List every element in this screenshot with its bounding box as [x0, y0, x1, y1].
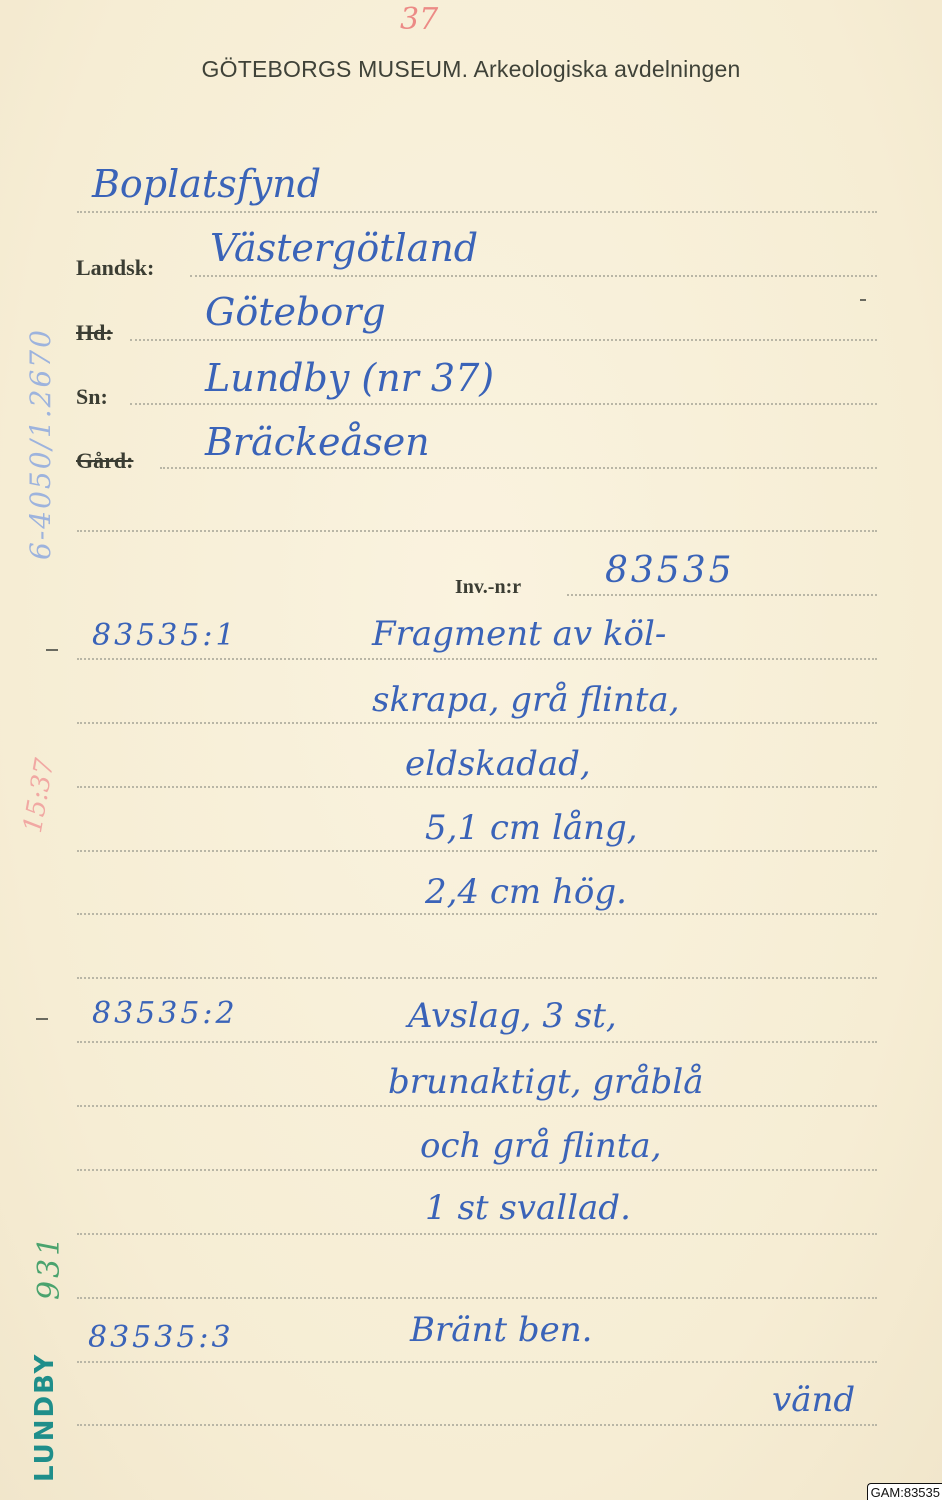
ruled-line: [77, 1361, 877, 1363]
ruled-line: [77, 786, 877, 788]
item-1-line-3: eldskadad,: [405, 744, 591, 784]
catalog-card: 37 GÖTEBORGS MUSEUM. Arkeologiska avdeln…: [0, 0, 942, 1500]
item-2-line-4: 1 st svallad.: [425, 1188, 631, 1228]
ruled-line: [190, 275, 877, 277]
ruled-line: [77, 1297, 877, 1299]
field-value-landskap: Västergötland: [210, 226, 478, 270]
item-2-number: 83535:2: [92, 996, 238, 1031]
field-value-harad: Göteborg: [205, 290, 386, 334]
field-label-socken: Sn:: [76, 384, 108, 410]
turn-over-note: vänd: [772, 1380, 855, 1420]
margin-note-green: 931: [32, 1234, 67, 1300]
item-1-line-4: 5,1 cm lång,: [425, 808, 638, 848]
margin-tick: [36, 1018, 48, 1020]
ruled-line: [567, 594, 877, 596]
ruled-line: [77, 1233, 877, 1235]
inventory-label: Inv.-n:r: [455, 576, 521, 599]
item-1-number: 83535:1: [92, 618, 238, 653]
field-label-harad: Hd:: [76, 320, 113, 346]
margin-note-blue: 6-4050/1.2670: [24, 328, 57, 560]
top-red-number: 37: [400, 2, 438, 37]
ruled-line: [77, 1041, 877, 1043]
ruled-line: [77, 850, 877, 852]
ruled-line: [77, 1105, 877, 1107]
card-header: GÖTEBORGS MUSEUM. Arkeologiska avdelning…: [0, 56, 942, 83]
item-1-line-1: Fragment av köl-: [372, 614, 666, 654]
item-2-line-2: brunaktigt, gråblå: [388, 1062, 703, 1102]
field-label-landskap: Landsk:: [76, 255, 154, 281]
ruled-line: [77, 658, 877, 660]
ruled-line: [77, 722, 877, 724]
item-1-line-5: 2,4 cm hög.: [425, 872, 627, 912]
ruled-line: [130, 339, 877, 341]
item-1-line-2: skrapa, grå flinta,: [372, 680, 680, 720]
field-label-gard: Gård:: [76, 448, 133, 474]
catalog-id-label: GAM:83535: [867, 1483, 942, 1500]
item-2-line-3: och grå flinta,: [420, 1126, 662, 1166]
margin-tick: [46, 649, 58, 651]
lundby-stamp: LUNDBY: [30, 1353, 60, 1482]
ruled-line: [130, 403, 877, 405]
ruled-line: [77, 1169, 877, 1171]
inventory-number: 83535: [605, 550, 735, 591]
ruled-line: [77, 1424, 877, 1426]
field-value-gard: Bräckeåsen: [205, 420, 430, 464]
field-value-socken: Lundby (nr 37): [205, 356, 494, 400]
item-2-line-1: Avslag, 3 st,: [408, 996, 617, 1036]
ruled-line: [160, 467, 877, 469]
ruled-line: [77, 530, 877, 532]
ruled-line: [77, 977, 877, 979]
item-3-line-1: Bränt ben.: [410, 1310, 592, 1350]
ruled-line: [77, 913, 877, 915]
find-type-title: Boplatsfynd: [92, 162, 321, 206]
item-3-number: 83535:3: [88, 1320, 234, 1355]
margin-tick: [860, 299, 866, 301]
ruled-line: [77, 211, 877, 213]
margin-note-red: 15:37: [18, 756, 61, 835]
